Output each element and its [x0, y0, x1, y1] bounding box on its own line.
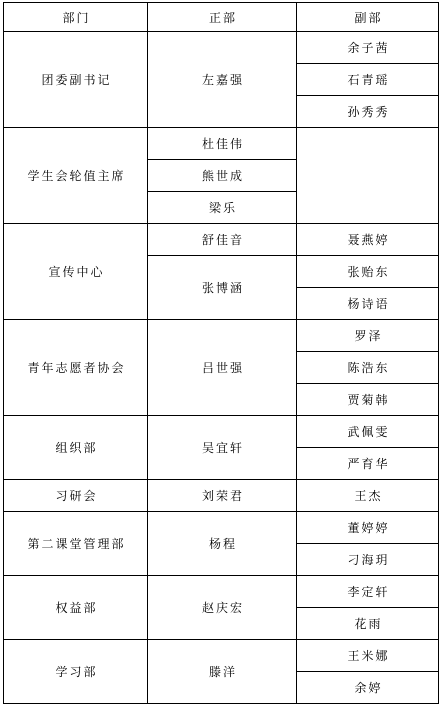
department-cell: 第二课堂管理部	[4, 512, 148, 576]
table-row: 第二课堂管理部杨程董婷婷	[4, 512, 439, 544]
head-cell: 刘荣君	[148, 480, 297, 512]
header-cell-department: 部门	[4, 3, 148, 32]
head-cell: 张博涵	[148, 256, 297, 320]
table-body: 团委副书记左嘉强余子茜石青瑶孙秀秀学生会轮值主席杜佳伟熊世成梁乐宣传中心舒佳音聂…	[4, 32, 439, 704]
department-cell: 宣传中心	[4, 224, 148, 320]
header-cell-deputy: 副部	[297, 3, 439, 32]
deputy-cell	[297, 128, 439, 224]
deputy-cell: 严育华	[297, 448, 439, 480]
head-cell: 左嘉强	[148, 32, 297, 128]
head-cell: 舒佳音	[148, 224, 297, 256]
deputy-cell: 王米娜	[297, 640, 439, 672]
header-row: 部门 正部 副部	[4, 3, 439, 32]
head-cell: 熊世成	[148, 160, 297, 192]
header-cell-head: 正部	[148, 3, 297, 32]
head-cell: 杜佳伟	[148, 128, 297, 160]
deputy-cell: 武佩雯	[297, 416, 439, 448]
deputy-cell: 杨诗语	[297, 288, 439, 320]
head-cell: 梁乐	[148, 192, 297, 224]
table-row: 学生会轮值主席杜佳伟	[4, 128, 439, 160]
table-header: 部门 正部 副部	[4, 3, 439, 32]
department-cell: 组织部	[4, 416, 148, 480]
table-row: 习研会刘荣君王杰	[4, 480, 439, 512]
table-row: 组织部吴宜轩武佩雯	[4, 416, 439, 448]
department-cell: 团委副书记	[4, 32, 148, 128]
document-page: 部门 正部 副部 团委副书记左嘉强余子茜石青瑶孙秀秀学生会轮值主席杜佳伟熊世成梁…	[0, 0, 442, 704]
deputy-cell: 刁海玥	[297, 544, 439, 576]
head-cell: 滕洋	[148, 640, 297, 704]
head-cell: 吕世强	[148, 320, 297, 416]
deputy-cell: 董婷婷	[297, 512, 439, 544]
department-cell: 权益部	[4, 576, 148, 640]
org-table: 部门 正部 副部 团委副书记左嘉强余子茜石青瑶孙秀秀学生会轮值主席杜佳伟熊世成梁…	[3, 2, 439, 704]
table-row: 宣传中心舒佳音聂燕婷	[4, 224, 439, 256]
table-row: 青年志愿者协会吕世强罗泽	[4, 320, 439, 352]
deputy-cell: 聂燕婷	[297, 224, 439, 256]
department-cell: 学习部	[4, 640, 148, 704]
department-cell: 青年志愿者协会	[4, 320, 148, 416]
deputy-cell: 罗泽	[297, 320, 439, 352]
deputy-cell: 贾菊韩	[297, 384, 439, 416]
head-cell: 杨程	[148, 512, 297, 576]
deputy-cell: 陈浩东	[297, 352, 439, 384]
deputy-cell: 王杰	[297, 480, 439, 512]
table-row: 团委副书记左嘉强余子茜	[4, 32, 439, 64]
department-cell: 习研会	[4, 480, 148, 512]
table-row: 权益部赵庆宏李定轩	[4, 576, 439, 608]
deputy-cell: 石青瑶	[297, 64, 439, 96]
deputy-cell: 张贻东	[297, 256, 439, 288]
department-cell: 学生会轮值主席	[4, 128, 148, 224]
deputy-cell: 花雨	[297, 608, 439, 640]
deputy-cell: 李定轩	[297, 576, 439, 608]
table-row: 学习部滕洋王米娜	[4, 640, 439, 672]
head-cell: 赵庆宏	[148, 576, 297, 640]
deputy-cell: 余子茜	[297, 32, 439, 64]
deputy-cell: 孙秀秀	[297, 96, 439, 128]
deputy-cell: 余婷	[297, 672, 439, 704]
head-cell: 吴宜轩	[148, 416, 297, 480]
